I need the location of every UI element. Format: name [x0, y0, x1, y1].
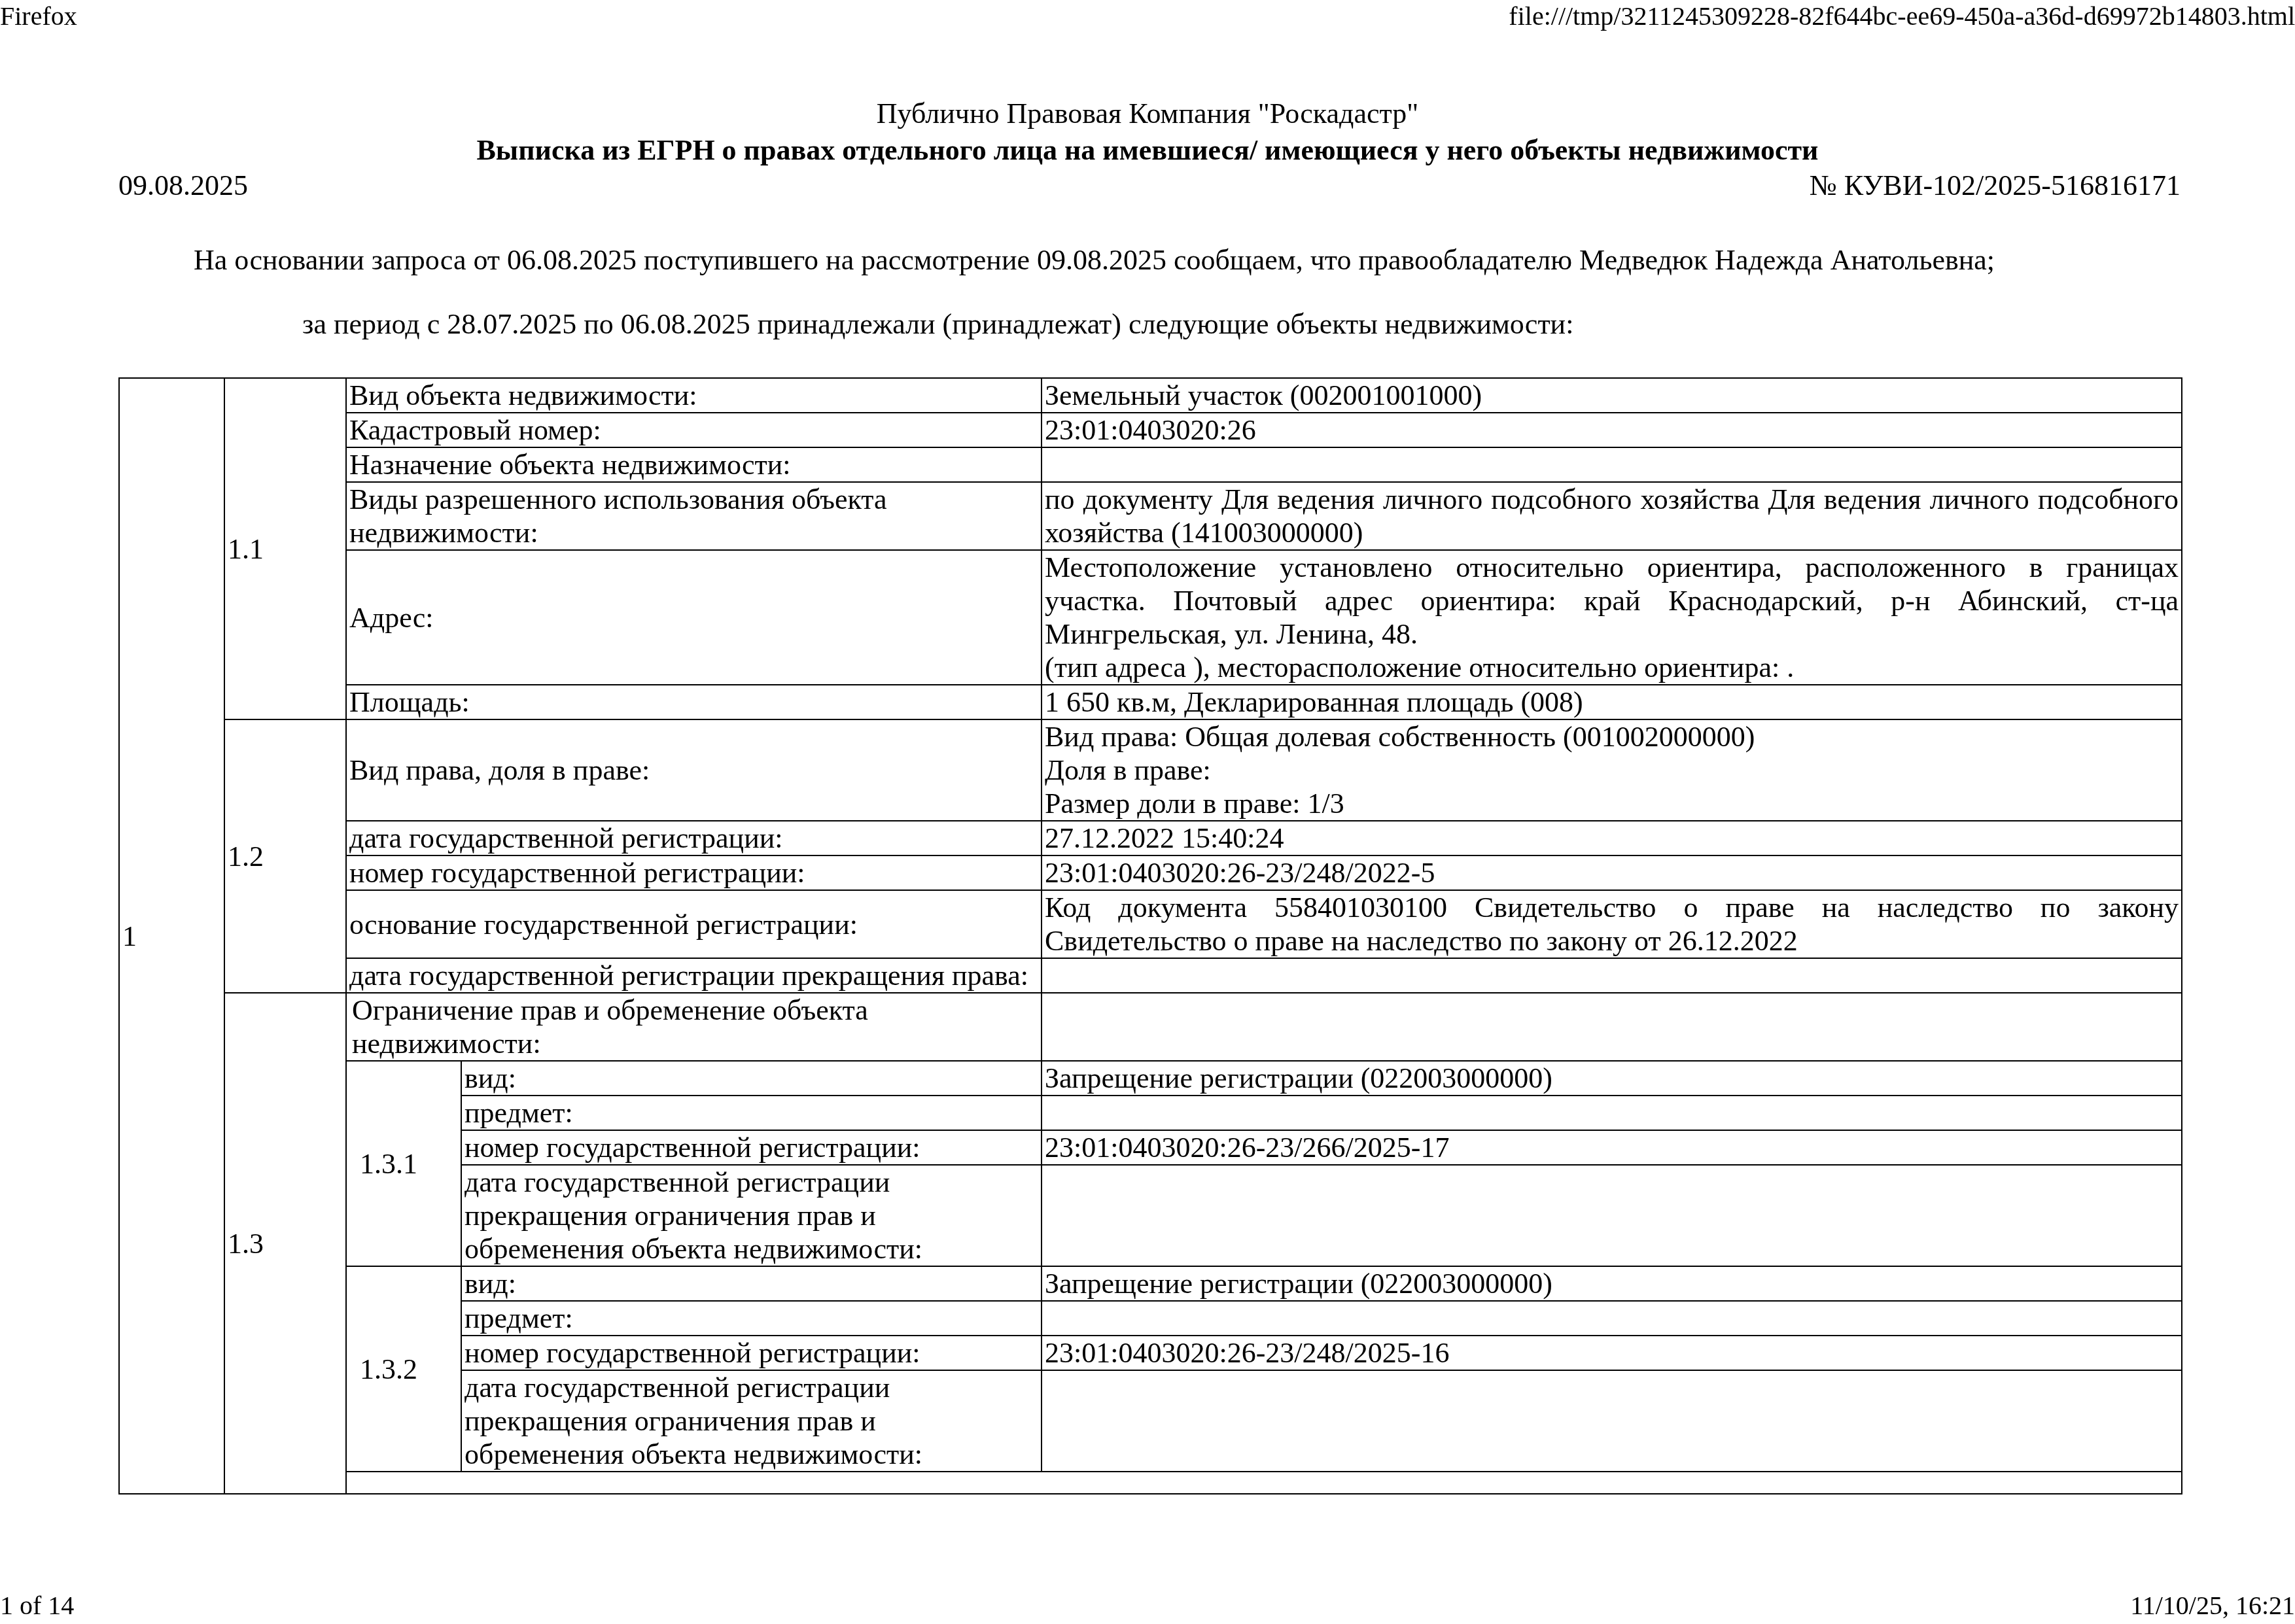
- section-number-1-2: 1.2: [224, 719, 346, 993]
- page-indicator: 1 of 14: [0, 1589, 74, 1622]
- row-value: [1042, 993, 2182, 1061]
- row-value: [1042, 447, 2182, 482]
- section-number-1-3: 1.3: [224, 993, 346, 1494]
- row-value: Земельный участок (002001001000): [1042, 378, 2182, 413]
- row-label: Виды разрешенного использования объекта …: [346, 482, 1042, 550]
- intro-paragraph: На основании запроса от 06.08.2025 посту…: [118, 243, 2181, 277]
- row-label: основание государственной регистрации:: [346, 890, 1042, 958]
- registration-date: 27.12.2022 15:40:24: [1042, 821, 2182, 855]
- share-label: Доля в праве:: [1045, 753, 2179, 787]
- row-label: дата государственной регистрации прекращ…: [346, 958, 1042, 993]
- table-row: 1.3 Ограничение прав и обременение объек…: [119, 993, 2182, 1061]
- row-label: номер государственной регистрации:: [461, 1130, 1042, 1165]
- object-number: 1: [119, 378, 224, 1494]
- organization-name: Публично Правовая Компания "Роскадастр": [0, 97, 2295, 130]
- row-label: номер государственной регистрации:: [346, 855, 1042, 890]
- row-label: вид:: [461, 1266, 1042, 1301]
- table-row: дата государственной регистрации: 27.12.…: [119, 821, 2182, 855]
- table-row: Виды разрешенного использования объекта …: [119, 482, 2182, 550]
- row-value: [1042, 1096, 2182, 1130]
- row-value: [1042, 1370, 2182, 1472]
- table-row: Кадастровый номер: 23:01:0403020:26: [119, 413, 2182, 447]
- document-number: № КУВИ-102/2025-516816171: [1810, 169, 2181, 202]
- table-row: Адрес: Местоположение установлено относи…: [119, 550, 2182, 685]
- address-text: Местоположение установлено относительно …: [1045, 551, 2179, 651]
- row-value: по документу Для ведения личного подсобн…: [1042, 482, 2182, 550]
- spacer-cell: [346, 1472, 2182, 1494]
- registration-basis: Код документа 558401030100 Свидетельство…: [1042, 890, 2182, 958]
- row-label: дата государственной регистрации прекращ…: [461, 1165, 1042, 1266]
- row-label: Адрес:: [346, 550, 1042, 685]
- row-label: номер государственной регистрации:: [461, 1336, 1042, 1370]
- row-value: [1042, 1165, 2182, 1266]
- restriction-type: Запрещение регистрации (022003000000): [1042, 1061, 2182, 1096]
- browser-app-name: Firefox: [0, 0, 77, 33]
- document-date: 09.08.2025: [118, 169, 248, 202]
- page-url: file:///tmp/3211245309228-82f644bc-ee69-…: [1509, 0, 2295, 33]
- period-statement: за период с 28.07.2025 по 06.08.2025 при…: [302, 307, 1573, 341]
- restriction-registration-number: 23:01:0403020:26-23/248/2025-16: [1042, 1336, 2182, 1370]
- area-value: 1 650 кв.м, Декларированная площадь (008…: [1042, 685, 2182, 719]
- encumbrance-heading: Ограничение прав и обременение объекта н…: [346, 993, 1042, 1061]
- row-value: [1042, 1301, 2182, 1336]
- right-type-value: Вид права: Общая долевая собственность (…: [1042, 719, 2182, 821]
- row-label: Назначение объекта недвижимости:: [346, 447, 1042, 482]
- share-size: Размер доли в праве: 1/3: [1045, 787, 2179, 820]
- row-label: предмет:: [461, 1301, 1042, 1336]
- restriction-registration-number: 23:01:0403020:26-23/266/2025-17: [1042, 1130, 2182, 1165]
- row-label: Кадастровый номер:: [346, 413, 1042, 447]
- print-datetime: 11/10/25, 16:21: [2130, 1589, 2295, 1622]
- table-row-spacer: [119, 1472, 2182, 1494]
- right-type: Вид права: Общая долевая собственность (…: [1045, 720, 2179, 753]
- property-table: 1 1.1 Вид объекта недвижимости: Земельны…: [118, 377, 2182, 1494]
- subsection-number-1-3-2: 1.3.2: [346, 1266, 461, 1472]
- registration-number: 23:01:0403020:26-23/248/2022-5: [1042, 855, 2182, 890]
- table-row: Площадь: 1 650 кв.м, Декларированная пло…: [119, 685, 2182, 719]
- address-extra: (тип адреса ), месторасположение относит…: [1045, 651, 2179, 684]
- table-row: основание государственной регистрации: К…: [119, 890, 2182, 958]
- address-value: Местоположение установлено относительно …: [1042, 550, 2182, 685]
- row-label: Вид права, доля в праве:: [346, 719, 1042, 821]
- row-label: вид:: [461, 1061, 1042, 1096]
- table-row: дата государственной регистрации прекращ…: [119, 958, 2182, 993]
- row-value: [1042, 958, 2182, 993]
- table-row: 1.2 Вид права, доля в праве: Вид права: …: [119, 719, 2182, 821]
- document-title: Выписка из ЕГРН о правах отдельного лица…: [0, 133, 2295, 167]
- row-label: Вид объекта недвижимости:: [346, 378, 1042, 413]
- table-row: 1.3.1 вид: Запрещение регистрации (02200…: [119, 1061, 2182, 1096]
- table-row: 1 1.1 Вид объекта недвижимости: Земельны…: [119, 378, 2182, 413]
- cadastral-number: 23:01:0403020:26: [1042, 413, 2182, 447]
- restriction-type: Запрещение регистрации (022003000000): [1042, 1266, 2182, 1301]
- row-label: предмет:: [461, 1096, 1042, 1130]
- row-label: дата государственной регистрации:: [346, 821, 1042, 855]
- row-label: дата государственной регистрации прекращ…: [461, 1370, 1042, 1472]
- subsection-number-1-3-1: 1.3.1: [346, 1061, 461, 1266]
- row-label: Площадь:: [346, 685, 1042, 719]
- table-row: 1.3.2 вид: Запрещение регистрации (02200…: [119, 1266, 2182, 1301]
- section-number-1-1: 1.1: [224, 378, 346, 719]
- table-row: Назначение объекта недвижимости:: [119, 447, 2182, 482]
- table-row: номер государственной регистрации: 23:01…: [119, 855, 2182, 890]
